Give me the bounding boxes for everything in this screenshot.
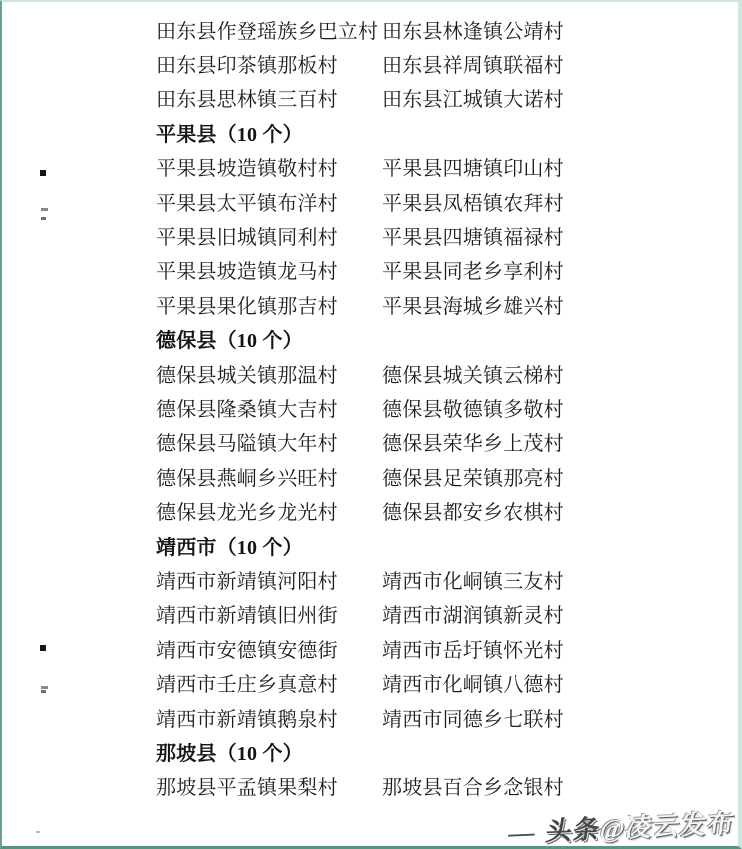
village-name-right: 平果县海城乡雄兴村 [382, 290, 564, 319]
village-row: 靖西市壬庄乡真意村靖西市化峒镇八德村 [156, 665, 716, 699]
village-name-left: 田东县印茶镇那板村 [156, 49, 382, 78]
county-header: 那坡县（10 个） [156, 734, 716, 768]
village-name-right: 田东县祥周镇联福村 [382, 49, 564, 78]
village-name-right: 德保县足荣镇那亮村 [382, 462, 564, 491]
village-name-left: 那坡县平孟镇果梨村 [156, 771, 382, 800]
village-name-left: 平果县果化镇那吉村 [156, 290, 382, 319]
village-row: 平果县旧城镇同利村平果县四塘镇福禄村 [156, 218, 716, 252]
village-name-right: 靖西市化峒镇八德村 [382, 668, 564, 697]
scan-artifact-dash [41, 690, 46, 693]
village-name-left: 德保县城关镇那温村 [156, 359, 382, 388]
village-name-right: 田东县江城镇大诺村 [382, 83, 564, 112]
scan-artifact-dot [40, 170, 46, 176]
scan-artifact-dash [41, 208, 48, 211]
village-row: 德保县龙光乡龙光村德保县都安乡农棋村 [156, 493, 716, 527]
village-name-right: 平果县四塘镇福禄村 [382, 221, 564, 250]
village-row: 靖西市新靖镇鹅泉村靖西市同德乡七联村 [156, 700, 716, 734]
village-name-right: 平果县凤梧镇农拜村 [382, 187, 564, 216]
village-name-right: 田东县林逢镇公靖村 [382, 15, 564, 44]
village-row: 那坡县平孟镇果梨村那坡县百合乡念银村 [156, 769, 716, 803]
village-row: 靖西市新靖镇旧州街靖西市湖润镇新灵村 [156, 597, 716, 631]
village-name-left: 德保县燕峒乡兴旺村 [156, 462, 382, 491]
village-name-left: 靖西市新靖镇河阳村 [156, 565, 382, 594]
county-header: 靖西市（10 个） [156, 528, 716, 562]
village-name-left: 田东县作登瑶族乡巴立村 [156, 15, 382, 44]
village-name-left: 平果县旧城镇同利村 [156, 221, 382, 250]
scan-artifact-dash [41, 686, 48, 689]
village-name-right: 德保县都安乡农棋村 [382, 496, 564, 525]
watermark-handle: @凌云发布 [598, 809, 736, 844]
village-row: 田东县思林镇三百村田东县江城镇大诺村 [156, 81, 716, 115]
village-row: 德保县马隘镇大年村德保县荣华乡上茂村 [156, 425, 716, 459]
village-name-right: 那坡县百合乡念银村 [382, 771, 564, 800]
village-name-left: 平果县坡造镇敬村村 [156, 152, 382, 181]
scan-artifact-speck [36, 831, 40, 833]
village-name-left: 平果县坡造镇龙马村 [156, 255, 382, 284]
village-row: 平果县坡造镇敬村村平果县四塘镇印山村 [156, 150, 716, 184]
village-name-right: 靖西市湖润镇新灵村 [382, 599, 564, 628]
village-list: 田东县作登瑶族乡巴立村田东县林逢镇公靖村田东县印茶镇那板村田东县祥周镇联福村田东… [156, 12, 716, 803]
village-name-left: 靖西市安德镇安德街 [156, 634, 382, 663]
village-name-left: 德保县龙光乡龙光村 [156, 496, 382, 525]
village-row: 德保县城关镇那温村德保县城关镇云梯村 [156, 356, 716, 390]
watermark-dash: — [507, 818, 538, 848]
village-row: 德保县燕峒乡兴旺村德保县足荣镇那亮村 [156, 459, 716, 493]
village-row: 田东县印茶镇那板村田东县祥周镇联福村 [156, 46, 716, 80]
village-name-left: 田东县思林镇三百村 [156, 83, 382, 112]
village-name-right: 平果县四塘镇印山村 [382, 152, 564, 181]
village-name-right: 靖西市岳圩镇怀光村 [382, 634, 564, 663]
watermark: —头条@凌云发布 [506, 803, 737, 849]
village-name-right: 德保县城关镇云梯村 [382, 359, 564, 388]
village-name-left: 德保县隆桑镇大吉村 [156, 393, 382, 422]
village-row: 田东县作登瑶族乡巴立村田东县林逢镇公靖村 [156, 12, 716, 46]
village-name-right: 德保县荣华乡上茂村 [382, 427, 564, 456]
village-name-left: 平果县太平镇布洋村 [156, 187, 382, 216]
scan-artifact-dash [41, 217, 46, 220]
village-row: 平果县太平镇布洋村平果县凤梧镇农拜村 [156, 184, 716, 218]
village-row: 平果县坡造镇龙马村平果县同老乡享利村 [156, 253, 716, 287]
village-name-left: 靖西市新靖镇鹅泉村 [156, 703, 382, 732]
scan-artifact-dot [40, 645, 46, 651]
village-name-right: 德保县敬德镇多敬村 [382, 393, 564, 422]
village-name-left: 靖西市壬庄乡真意村 [156, 668, 382, 697]
village-name-left: 德保县马隘镇大年村 [156, 427, 382, 456]
village-row: 靖西市安德镇安德街靖西市岳圩镇怀光村 [156, 631, 716, 665]
village-name-right: 平果县同老乡享利村 [382, 255, 564, 284]
village-name-left: 靖西市新靖镇旧州街 [156, 599, 382, 628]
village-name-right: 靖西市化峒镇三友村 [382, 565, 564, 594]
village-row: 平果县果化镇那吉村平果县海城乡雄兴村 [156, 287, 716, 321]
county-header: 平果县（10 个） [156, 115, 716, 149]
village-name-right: 靖西市同德乡七联村 [382, 703, 564, 732]
scanned-document-page: 田东县作登瑶族乡巴立村田东县林逢镇公靖村田东县印茶镇那板村田东县祥周镇联福村田东… [0, 0, 742, 849]
watermark-brand: 头条 [544, 815, 602, 846]
county-header: 德保县（10 个） [156, 322, 716, 356]
village-row: 德保县隆桑镇大吉村德保县敬德镇多敬村 [156, 390, 716, 424]
village-row: 靖西市新靖镇河阳村靖西市化峒镇三友村 [156, 562, 716, 596]
